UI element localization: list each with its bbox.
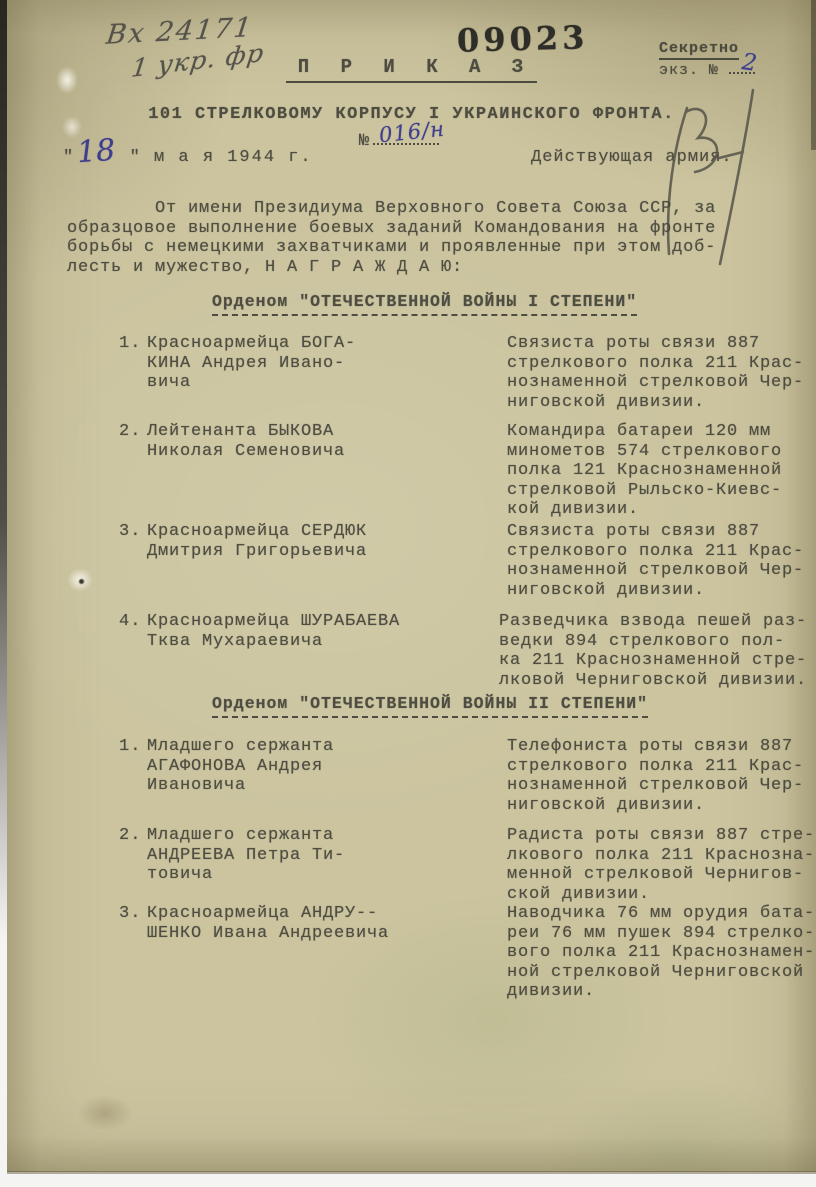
awardee-name: Младшего сержанта АГАФОНОВА Андрея Ивано… <box>147 737 334 796</box>
entry-number: 3. <box>119 522 141 542</box>
awardee-citation: Командира батареи 120 мм минометов 574 с… <box>507 422 816 520</box>
scanned-document: Вх 24171 1 укр. фр 09023 Секретно экз. №… <box>0 0 816 1187</box>
awardee-citation: Телефониста роты связи 887 стрелкового п… <box>507 737 816 815</box>
entry-number: 3. <box>119 904 141 924</box>
awardee-citation: Радиста роты связи 887 стре- лкового пол… <box>507 826 816 904</box>
paper-bottom-edge <box>7 1171 816 1174</box>
awardee-name: Лейтенанта БЫКОВА Николая Семеновича <box>147 422 345 461</box>
awardee-citation: Связиста роты связи 887 стрелкового полк… <box>507 334 816 412</box>
paper-sheet: Вх 24171 1 укр. фр 09023 Секретно экз. №… <box>7 0 816 1172</box>
paper-damage-spot <box>62 116 82 138</box>
paper-smudge <box>77 1095 133 1131</box>
preamble-paragraph: От имени Президиума Верховного Совета Со… <box>67 199 716 277</box>
paper-punch-hole <box>67 568 93 592</box>
entry-number: 4. <box>119 612 141 632</box>
awardee-name: Красноармейца СЕРДЮК Дмитрия Григорьевич… <box>147 522 367 561</box>
order-title-row: П Р И К А З <box>7 56 816 83</box>
entry-number: 1. <box>119 737 141 757</box>
awardee-citation: Разведчика взвода пешей раз- ведки 894 с… <box>499 612 816 690</box>
awardee-name: Красноармейца ШУРАБАЕВА Тква Мухараевича <box>147 612 400 651</box>
entry-number: 1. <box>119 334 141 354</box>
stamp-number: 09023 <box>457 18 589 59</box>
awardee-citation: Связиста роты связи 887 стрелкового полк… <box>507 522 816 600</box>
awardee-name: Красноармейца БОГА- КИНА Андрея Ивано- в… <box>147 334 356 393</box>
awardee-name: Младшего сержанта АНДРЕЕВА Петра Ти- тов… <box>147 826 345 885</box>
paper-damage-spot <box>56 66 78 94</box>
section-heading-order-1st-class: Орденом "ОТЕЧЕСТВЕННОЙ ВОЙНЫ I СТЕПЕНИ" <box>212 292 637 316</box>
handwritten-date-day: 18 <box>76 133 117 171</box>
order-title: П Р И К А З <box>286 56 537 83</box>
scan-edge-shadow-right <box>811 0 816 150</box>
scan-edge-shadow-left <box>0 0 7 940</box>
awardee-citation: Наводчика 76 мм орудия бата- реи 76 мм п… <box>507 904 816 1002</box>
section-heading-order-2nd-class: Орденом "ОТЕЧЕСТВЕННОЙ ВОЙНЫ II СТЕПЕНИ" <box>212 694 648 718</box>
awardee-name: Красноармейца АНДРУ-- ШЕНКО Ивана Андрее… <box>147 904 389 943</box>
entry-number: 2. <box>119 422 141 442</box>
date-quote-open: " <box>63 148 75 167</box>
date-tail: " м а я 1944 г. <box>130 148 313 167</box>
order-number-prefix: № <box>359 132 369 151</box>
entry-number: 2. <box>119 826 141 846</box>
